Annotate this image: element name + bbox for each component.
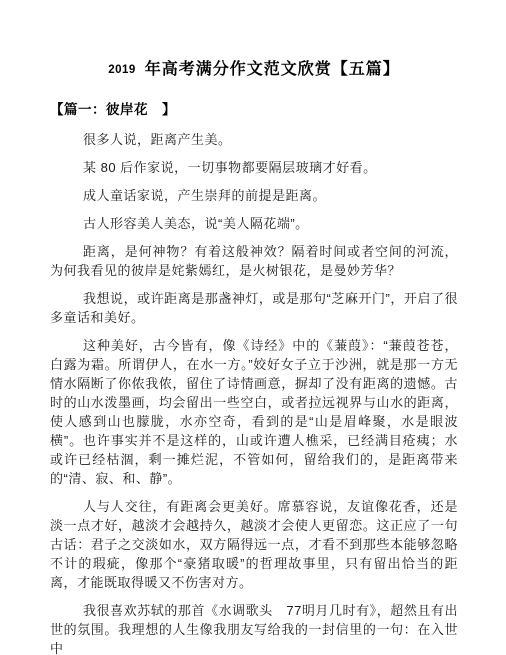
title-text: 年高考满分作文范文欣赏【五篇】 [145, 61, 400, 78]
document-page: 2019年高考满分作文范文欣赏【五篇】 【篇一：彼岸花 】 很多人说，距离产生美… [0, 0, 506, 655]
essay-paragraph: 我想说，或许距离是那盏神灯，或是那句“芝麻开门”，开启了很多童话和美好。 [50, 289, 458, 327]
essay-paragraph: 某 80 后作家说，一切事物都要隔层玻璃才好看。 [50, 158, 458, 177]
essay-paragraph: 这种美好，古今皆有，像《诗经》中的《蒹葭》：“蒹葭苍苍，白露为霜。所谓伊人，在水… [50, 336, 458, 488]
essay-paragraph: 距离，是何神物？有着这般神效？隔着时间或者空间的河流，为何我看见的彼岸是姹紫嫣红… [50, 242, 458, 280]
essay-paragraph: 很多人说，距离产生美。 [50, 130, 458, 149]
title-year: 2019 [108, 64, 136, 76]
essay-paragraph: 成人童话家说，产生崇拜的前提是距离。 [50, 186, 458, 205]
essay-paragraph: 我很喜欢苏轼的那首《水调歌头 77明月几时有》，超然且有出世的氛围。我理想的人生… [50, 601, 458, 655]
section-header: 【篇一：彼岸花 】 [50, 98, 458, 118]
essay-paragraph: 古人形容美人美态，说“美人隔花端”。 [50, 214, 458, 233]
document-title: 2019年高考满分作文范文欣赏【五篇】 [50, 56, 458, 79]
essay-paragraph: 人与人交往，有距离会更美好。席慕容说，友谊像花香，还是淡一点才好，越淡才会越持久… [50, 497, 458, 592]
